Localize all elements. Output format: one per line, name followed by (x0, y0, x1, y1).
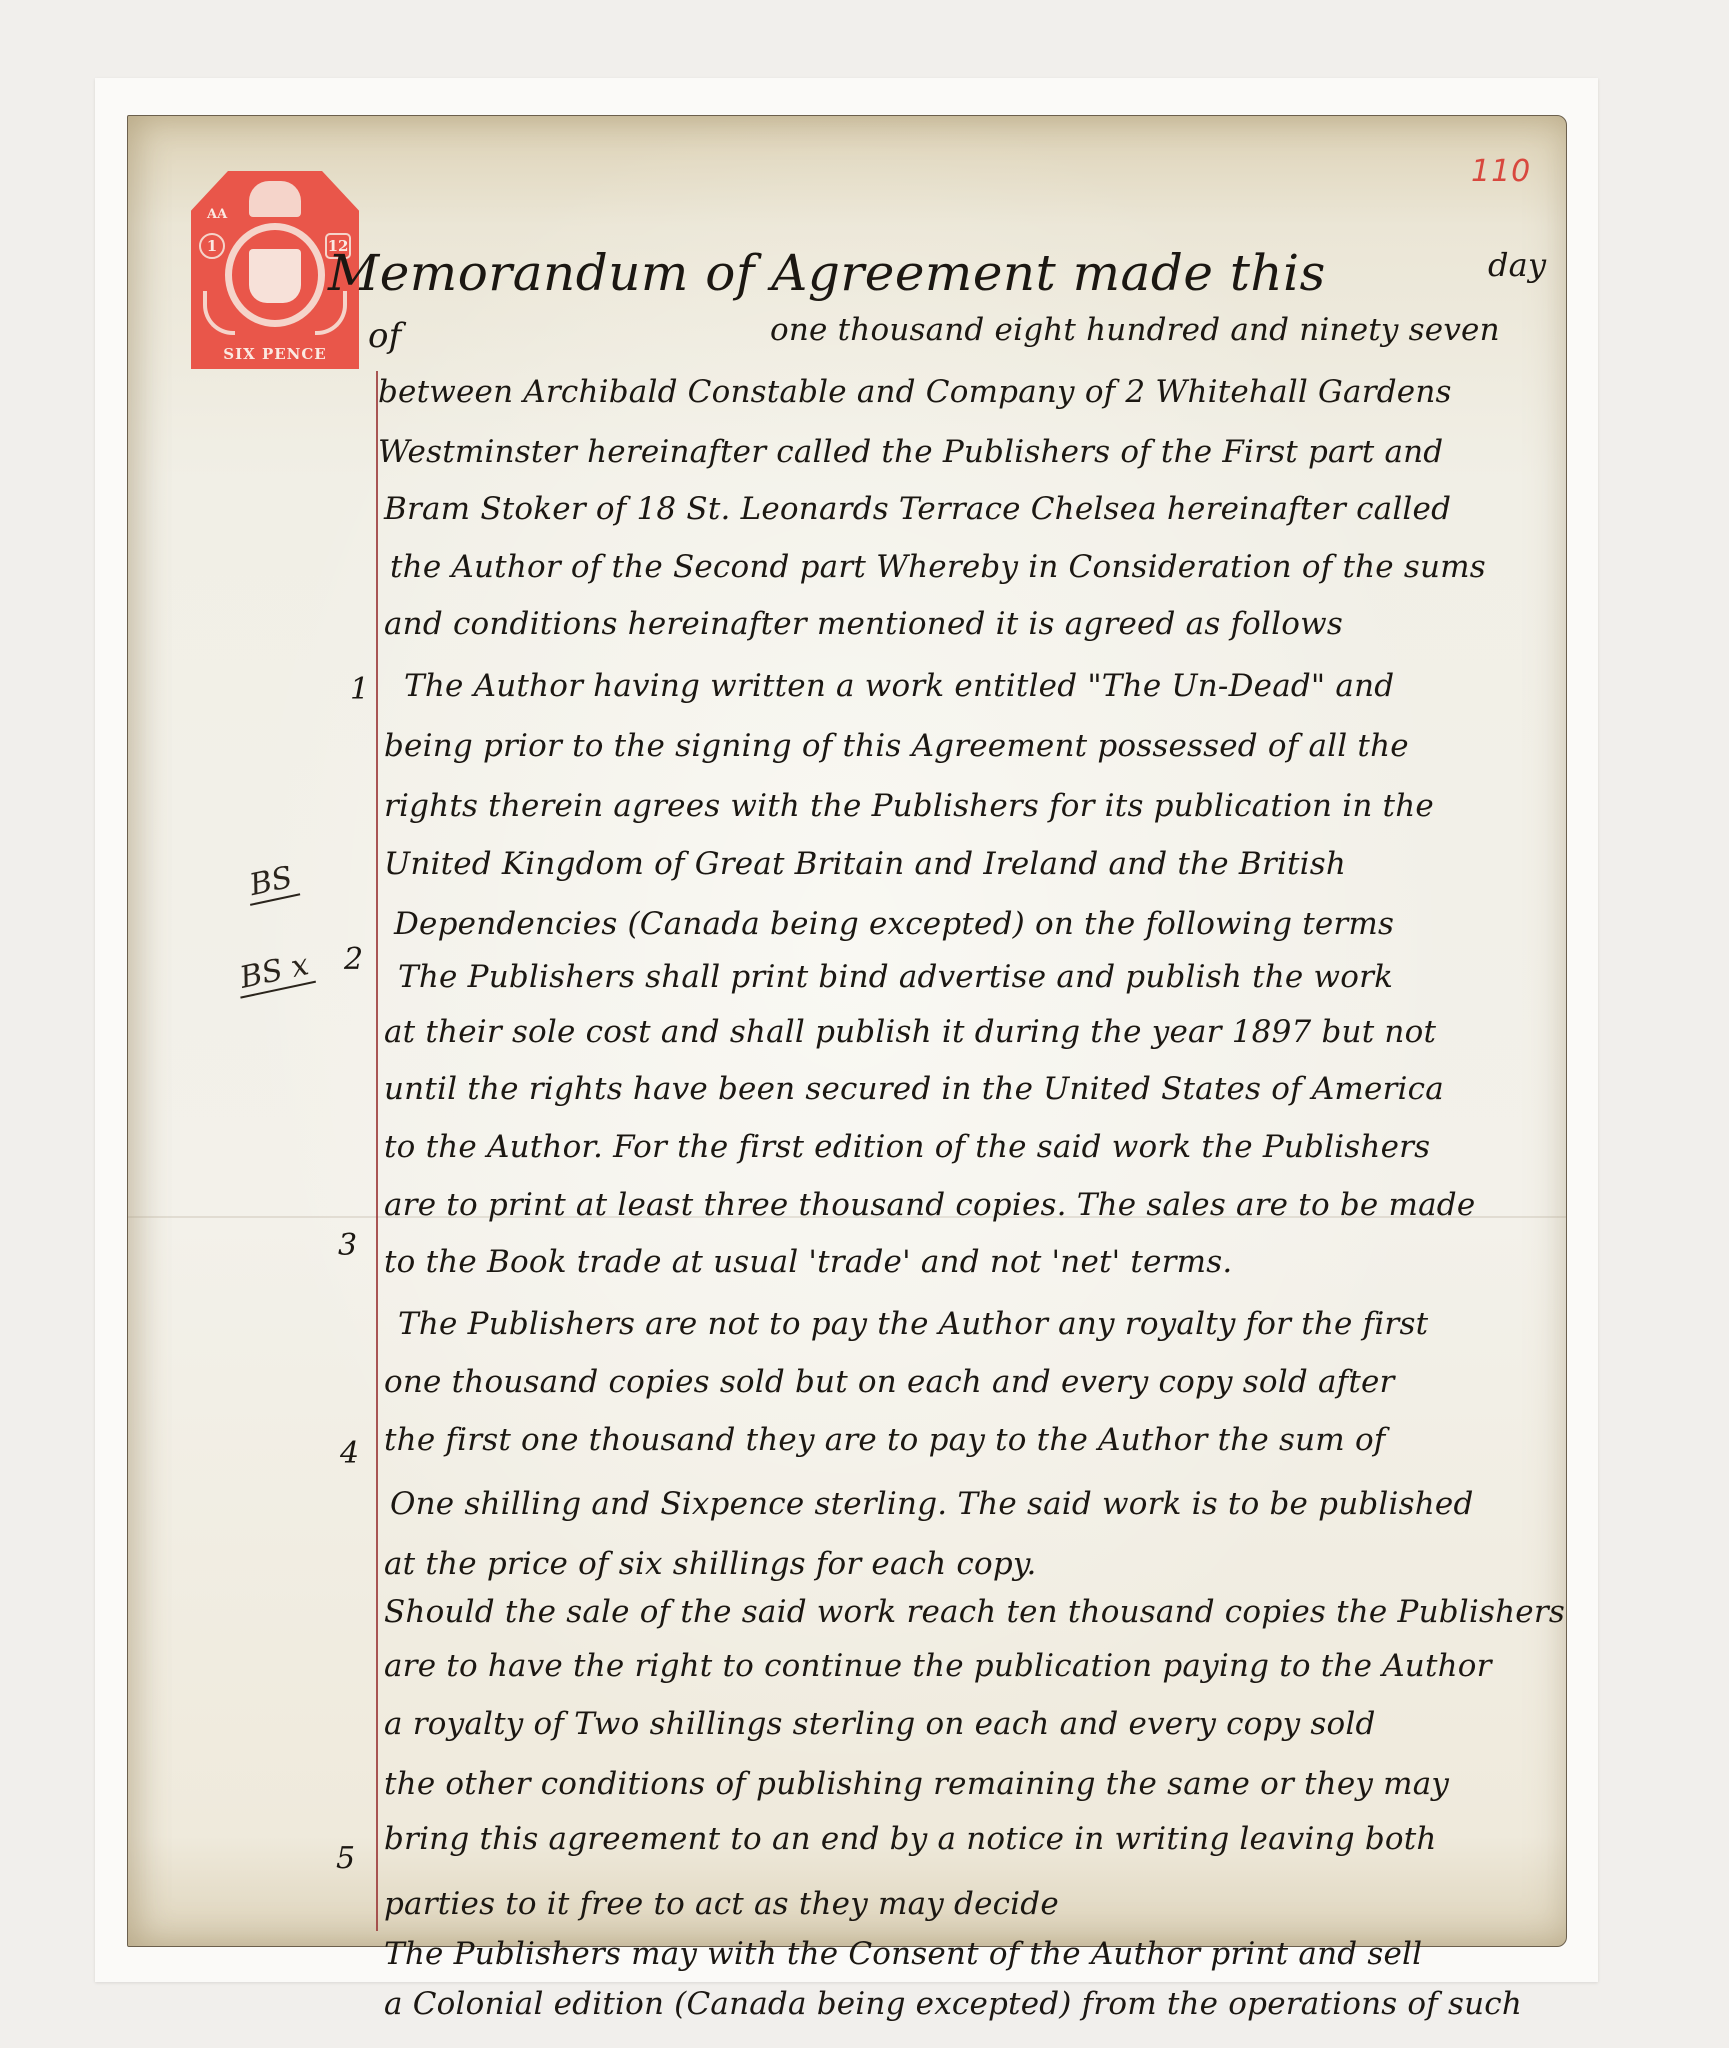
text-line: one thousand copies sold but on each and… (384, 1364, 1395, 1400)
text-line: parties to it free to act as they may de… (384, 1886, 1059, 1922)
clause-number-3: 3 (338, 1228, 357, 1263)
document-title: Memorandum of Agreement made this (328, 244, 1326, 302)
text-line: Bram Stoker of 18 St. Leonards Terrace C… (384, 491, 1451, 527)
stamp-letters: AA (207, 207, 227, 222)
margin-initials: BS (243, 859, 300, 906)
stamp-label: SIX PENCE (191, 345, 359, 363)
text-line: until the rights have been secured in th… (384, 1071, 1444, 1107)
text-line: bring this agreement to an end by a noti… (384, 1821, 1437, 1857)
text-line: to the Author. For the first edition of … (384, 1129, 1430, 1165)
text-line: The Publishers may with the Consent of t… (384, 1936, 1422, 1972)
laurel-left-icon (203, 291, 235, 335)
text-line: are to print at least three thousand cop… (384, 1187, 1475, 1223)
text-line: a royalty of Two shillings sterling on e… (384, 1706, 1376, 1742)
clause-number-5: 5 (336, 1841, 355, 1876)
text-line: the first one thousand they are to pay t… (384, 1422, 1385, 1458)
text-line: being prior to the signing of this Agree… (384, 728, 1409, 764)
crown-icon (249, 181, 301, 217)
text-line: The Author having written a work entitle… (404, 668, 1394, 704)
text-line: a Colonial edition (Canada being excepte… (384, 1986, 1522, 2022)
text-line: to the Book trade at usual 'trade' and n… (384, 1244, 1232, 1280)
clause-number-1: 1 (350, 672, 369, 707)
text-line: at their sole cost and shall publish it … (384, 1014, 1436, 1050)
text-line: rights therein agrees with the Publisher… (384, 788, 1434, 824)
text-line: between Archibald Constable and Company … (378, 374, 1452, 410)
text-line: and conditions hereinafter mentioned it … (384, 606, 1343, 642)
folio-number: 110 (1471, 154, 1531, 189)
margin-initials: BS x (233, 946, 316, 998)
text-line: One shilling and Sixpence sterling. The … (390, 1486, 1474, 1522)
agreement-page: 110 AA 1 12 SIX PENCE Memorandum of Agre… (127, 115, 1567, 1947)
text-line: the Author of the Second part Whereby in… (390, 549, 1486, 585)
stamp-left-number: 1 (199, 233, 225, 259)
text-line: The Publishers shall print bind advertis… (398, 959, 1393, 995)
text-line: United Kingdom of Great Britain and Irel… (384, 846, 1346, 882)
text-line: Dependencies (Canada being excepted) on … (394, 906, 1394, 942)
text-line: at the price of six shillings for each c… (384, 1546, 1037, 1582)
shield-icon (249, 249, 301, 303)
clause-number-2: 2 (344, 942, 363, 977)
text-line: Westminster hereinafter called the Publi… (378, 434, 1443, 470)
text-line: are to have the right to continue the pu… (384, 1648, 1492, 1684)
year-line: one thousand eight hundred and ninety se… (770, 312, 1500, 348)
text-line: the other conditions of publishing remai… (384, 1766, 1449, 1802)
of-word: of (368, 316, 401, 356)
clause-number-4: 4 (340, 1436, 359, 1471)
day-word: day (1488, 246, 1546, 284)
margin-rule (376, 371, 378, 1931)
text-line: The Publishers are not to pay the Author… (398, 1306, 1428, 1342)
text-line: Should the sale of the said work reach t… (384, 1594, 1565, 1630)
